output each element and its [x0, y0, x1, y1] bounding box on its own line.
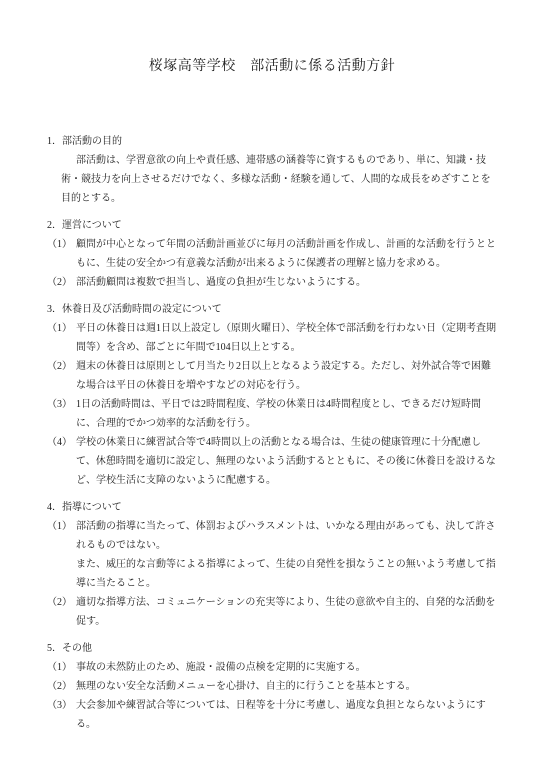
policy-section: 2．運営について（1）顧問が中心となって年間の活動計画並びに毎月の活動計画を作成… — [47, 216, 497, 292]
item-number: （2） — [47, 357, 76, 376]
section-heading: 5．その他 — [47, 639, 497, 658]
policy-section: 5．その他（1）事故の未然防止のため、施設・設備の点検を定期的に実施する。（2）… — [47, 639, 497, 734]
item-text: 部活動顧問は複数で担当し、過度の負担が生じないようにする。 — [76, 277, 366, 288]
numbered-item: （1）平日の休養日は週1日以上設定し（原則火曜日）、学校全体で部活動を行わない日… — [47, 319, 497, 357]
numbered-item: （1）顧問が中心となって年間の活動計画並びに毎月の活動計画を作成し、計画的な活動… — [47, 235, 497, 273]
section-heading: 2．運営について — [47, 216, 497, 235]
numbered-item: （1）事故の未然防止のため、施設・設備の点検を定期的に実施する。 — [47, 658, 497, 677]
document-body: 1．部活動の目的部活動は、学習意欲の向上や責任感、連帯感の涵養等に資するものであ… — [47, 132, 497, 734]
numbered-item: （3）1日の活動時間は、平日では2時間程度、学校の休業日は4時間程度とし、できる… — [47, 395, 497, 433]
document-page: 桜塚高等学校 部活動に係る活動方針 1．部活動の目的部活動は、学習意欲の向上や責… — [0, 0, 543, 768]
item-number: （1） — [47, 235, 76, 254]
item-text: 適切な指導方法、コミュニケーションの充実等により、生徒の意欲や自主的、自発的な活… — [76, 597, 495, 627]
document-title: 桜塚高等学校 部活動に係る活動方針 — [47, 57, 497, 77]
item-number: （3） — [47, 696, 76, 715]
item-number: （2） — [47, 273, 76, 292]
section-heading: 4．指導について — [47, 498, 497, 517]
item-text: 事故の未然防止のため、施設・設備の点検を定期的に実施する。 — [76, 662, 366, 673]
item-number: （2） — [47, 677, 76, 696]
policy-section: 4．指導について（1）部活動の指導に当たって、体罰およびハラスメントは、いかなる… — [47, 498, 497, 631]
item-number: （4） — [47, 433, 76, 452]
item-text: 顧問が中心となって年間の活動計画並びに毎月の活動計画を作成し、計画的な活動を行う… — [76, 239, 496, 269]
numbered-item: （2）部活動顧問は複数で担当し、過度の負担が生じないようにする。 — [47, 273, 497, 292]
numbered-item: （1）部活動の指導に当たって、体罰およびハラスメントは、いかなる理由があっても、… — [47, 517, 497, 555]
numbered-item: （2）適切な指導方法、コミュニケーションの充実等により、生徒の意欲や自主的、自発… — [47, 593, 497, 631]
section-heading: 3．休養日及び活動時間の設定について — [47, 300, 497, 319]
item-text: 無理のない安全な活動メニューを心掛け、自主的に行うことを基本とする。 — [76, 681, 416, 692]
item-number: （1） — [47, 658, 76, 677]
numbered-item: （2）無理のない安全な活動メニューを心掛け、自主的に行うことを基本とする。 — [47, 677, 497, 696]
numbered-item: （2）週末の休養日は原則として月当たり2日以上となるよう設定する。ただし、対外試… — [47, 357, 497, 395]
sub-paragraph: また、威圧的な言動等による指導によって、生徒の自発性を損なうことの無いよう考慮し… — [76, 555, 497, 593]
item-text: 大会参加や練習試合等については、日程等を十分に考慮し、過度な負担とならないように… — [76, 700, 486, 730]
item-text: 平日の休養日は週1日以上設定し（原則火曜日）、学校全体で部活動を行わない日（定期… — [76, 323, 496, 353]
numbered-item: （3）大会参加や練習試合等については、日程等を十分に考慮し、過度な負担とならない… — [47, 696, 497, 734]
policy-section: 3．休養日及び活動時間の設定について（1）平日の休養日は週1日以上設定し（原則火… — [47, 300, 497, 490]
item-number: （1） — [47, 517, 76, 536]
item-number: （2） — [47, 593, 76, 612]
item-number: （1） — [47, 319, 76, 338]
numbered-item: （4）学校の休業日に練習試合等で4時間以上の活動となる場合は、生徒の健康管理に十… — [47, 433, 497, 490]
section-paragraph: 部活動は、学習意欲の向上や責任感、連帯感の涵養等に資するものであり、単に、知識・… — [61, 151, 497, 208]
item-text: 学校の休業日に練習試合等で4時間以上の活動となる場合は、生徒の健康管理に十分配慮… — [76, 437, 496, 486]
item-text: 週末の休養日は原則として月当たり2日以上となるよう設定する。ただし、対外試合等で… — [76, 361, 491, 391]
section-heading: 1．部活動の目的 — [47, 132, 497, 151]
policy-section: 1．部活動の目的部活動は、学習意欲の向上や責任感、連帯感の涵養等に資するものであ… — [47, 132, 497, 208]
item-text: 1日の活動時間は、平日では2時間程度、学校の休業日は4時間程度とし、できるだけ短… — [76, 399, 481, 429]
item-number: （3） — [47, 395, 76, 414]
item-text: 部活動の指導に当たって、体罰およびハラスメントは、いかなる理由があっても、決して… — [76, 521, 495, 551]
